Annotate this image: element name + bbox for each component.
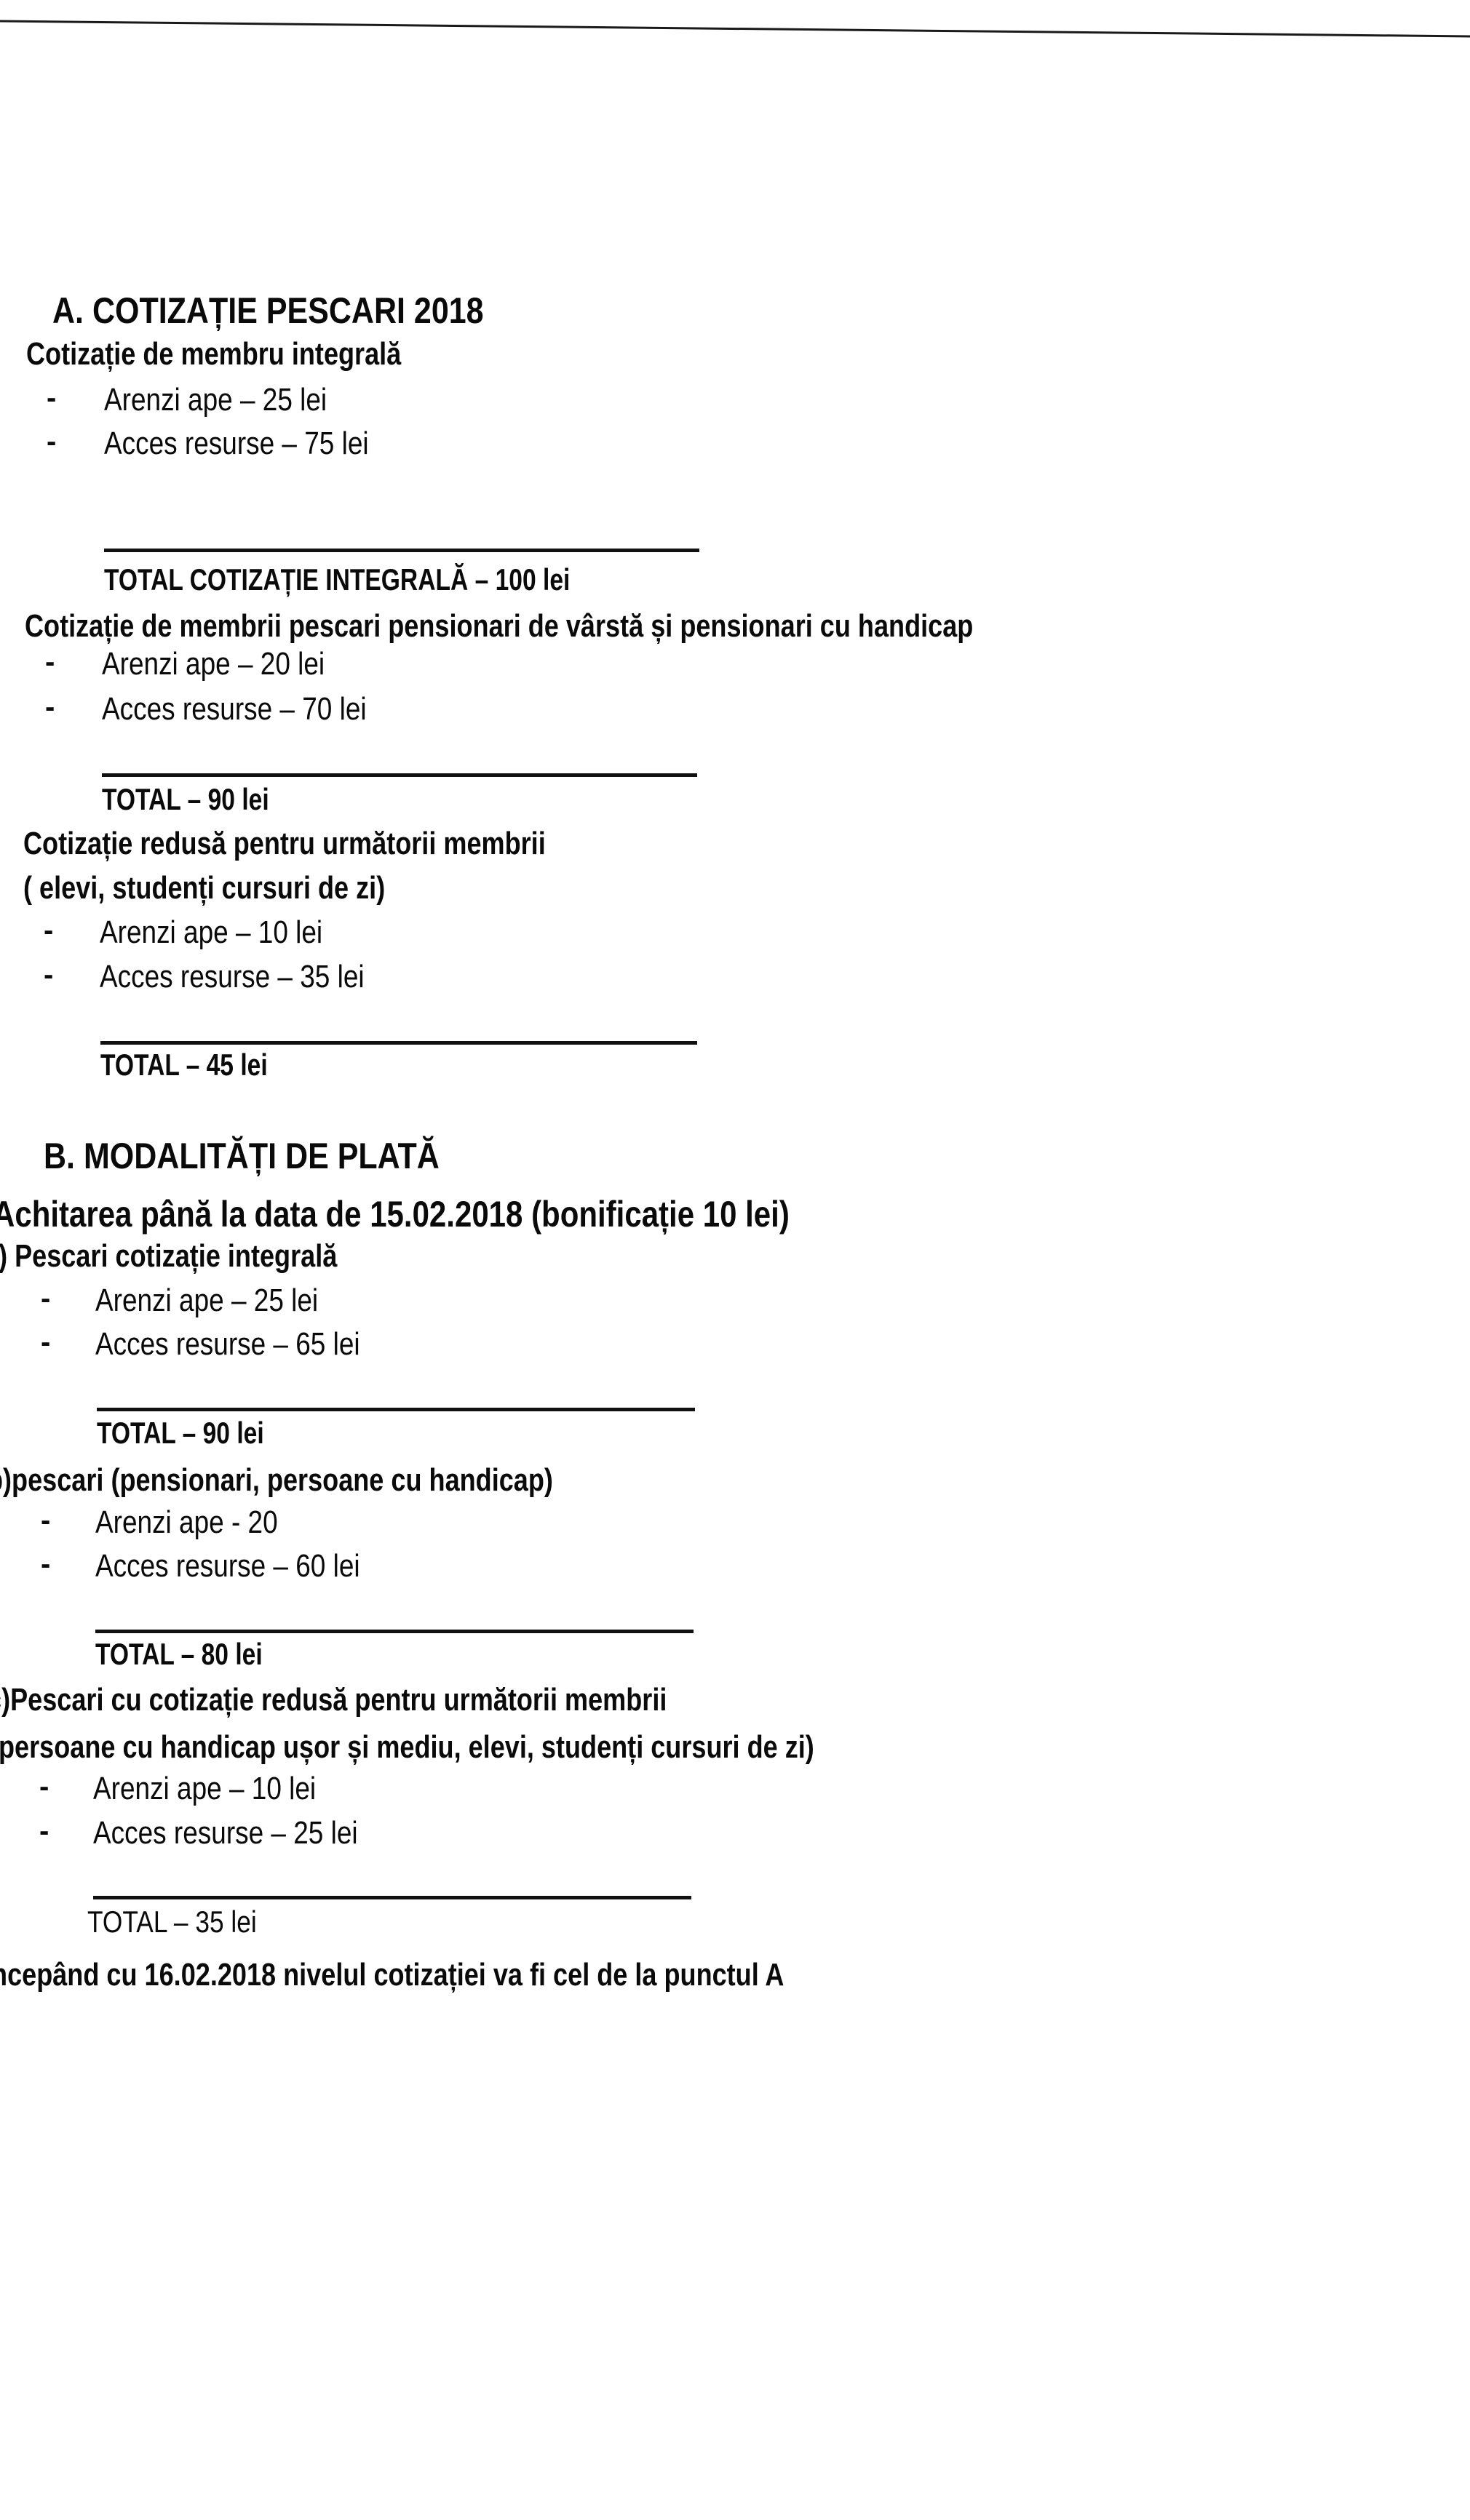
section-b-intro: Achitarea până la data de 15.02.2018 (bo… [0, 1193, 790, 1235]
sum-rule [100, 1041, 697, 1045]
section-b-group-c-heading: c)Pescari cu cotizație redusă pentru urm… [0, 1682, 667, 1718]
section-b-group-a-total: TOTAL – 90 lei [97, 1416, 264, 1451]
bullet-dash: - [41, 1283, 50, 1315]
section-a-group-3-item-2: Acces resurse – 35 lei [100, 959, 365, 995]
section-a-group-3-heading-line2: ( elevi, studenți cursuri de zi) [23, 870, 385, 906]
sum-rule [95, 1630, 694, 1633]
section-b-group-c-item-1: Arenzi ape – 10 lei [93, 1771, 316, 1807]
section-b-group-b-item-1: Arenzi ape - 20 [95, 1504, 278, 1541]
section-a-group-2-total: TOTAL – 90 lei [102, 782, 269, 817]
bullet-dash: - [41, 1504, 50, 1537]
section-b-group-b-total: TOTAL – 80 lei [95, 1637, 263, 1672]
section-b-group-c-item-2: Acces resurse – 25 lei [93, 1815, 358, 1851]
section-b-group-a-item-1: Arenzi ape – 25 lei [95, 1283, 318, 1319]
bullet-dash: - [47, 382, 56, 415]
section-b-footer-note: Începând cu 16.02.2018 nivelul cotizație… [0, 1957, 784, 1993]
section-b-group-b-heading: b)pescari (pensionari, persoane cu handi… [0, 1462, 553, 1499]
bullet-dash: - [39, 1815, 49, 1848]
sum-rule [93, 1896, 691, 1899]
sum-rule [102, 773, 697, 777]
section-a-group-1-total: TOTAL COTIZAȚIE INTEGRALĂ – 100 lei [104, 562, 570, 597]
section-b-group-a-heading: a) Pescari cotizație integrală [0, 1238, 337, 1275]
section-b-group-c-heading-line2: (persoane cu handicap ușor și mediu, ele… [0, 1729, 814, 1766]
section-a-group-3-item-1: Arenzi ape – 10 lei [100, 914, 322, 951]
bullet-dash: - [45, 646, 55, 679]
scan-edge-line [0, 0, 1470, 44]
bullet-dash: - [39, 1771, 49, 1803]
section-a-group-2-heading: Cotizație de membrii pescari pensionari … [25, 608, 973, 645]
section-a-group-1-heading: Cotizație de membru integrală [26, 336, 401, 372]
bullet-dash: - [47, 426, 56, 458]
bullet-dash: - [41, 1548, 50, 1581]
section-b-group-b-item-2: Acces resurse – 60 lei [95, 1548, 360, 1584]
bullet-dash: - [44, 914, 53, 947]
section-a-group-3-total: TOTAL – 45 lei [100, 1048, 268, 1082]
section-a-group-2-item-1: Arenzi ape – 20 lei [102, 646, 325, 682]
section-a-title: A. COTIZAȚIE PESCARI 2018 [52, 290, 484, 332]
bullet-dash: - [44, 959, 53, 992]
section-b-title: B. MODALITĂȚI DE PLATĂ [44, 1135, 440, 1177]
section-a-group-3-heading: Cotizație redusă pentru următorii membri… [23, 826, 546, 862]
section-a-group-2-item-2: Acces resurse – 70 lei [102, 691, 367, 727]
section-a-group-1-item-1: Arenzi ape – 25 lei [104, 382, 327, 418]
section-a-group-1-item-2: Acces resurse – 75 lei [104, 426, 369, 462]
sum-rule [104, 549, 699, 552]
section-b-group-c-total: TOTAL – 35 lei [87, 1905, 257, 1939]
bullet-dash: - [41, 1326, 50, 1359]
bullet-dash: - [45, 691, 55, 724]
section-b-group-a-item-2: Acces resurse – 65 lei [95, 1326, 360, 1363]
sum-rule [97, 1408, 695, 1411]
